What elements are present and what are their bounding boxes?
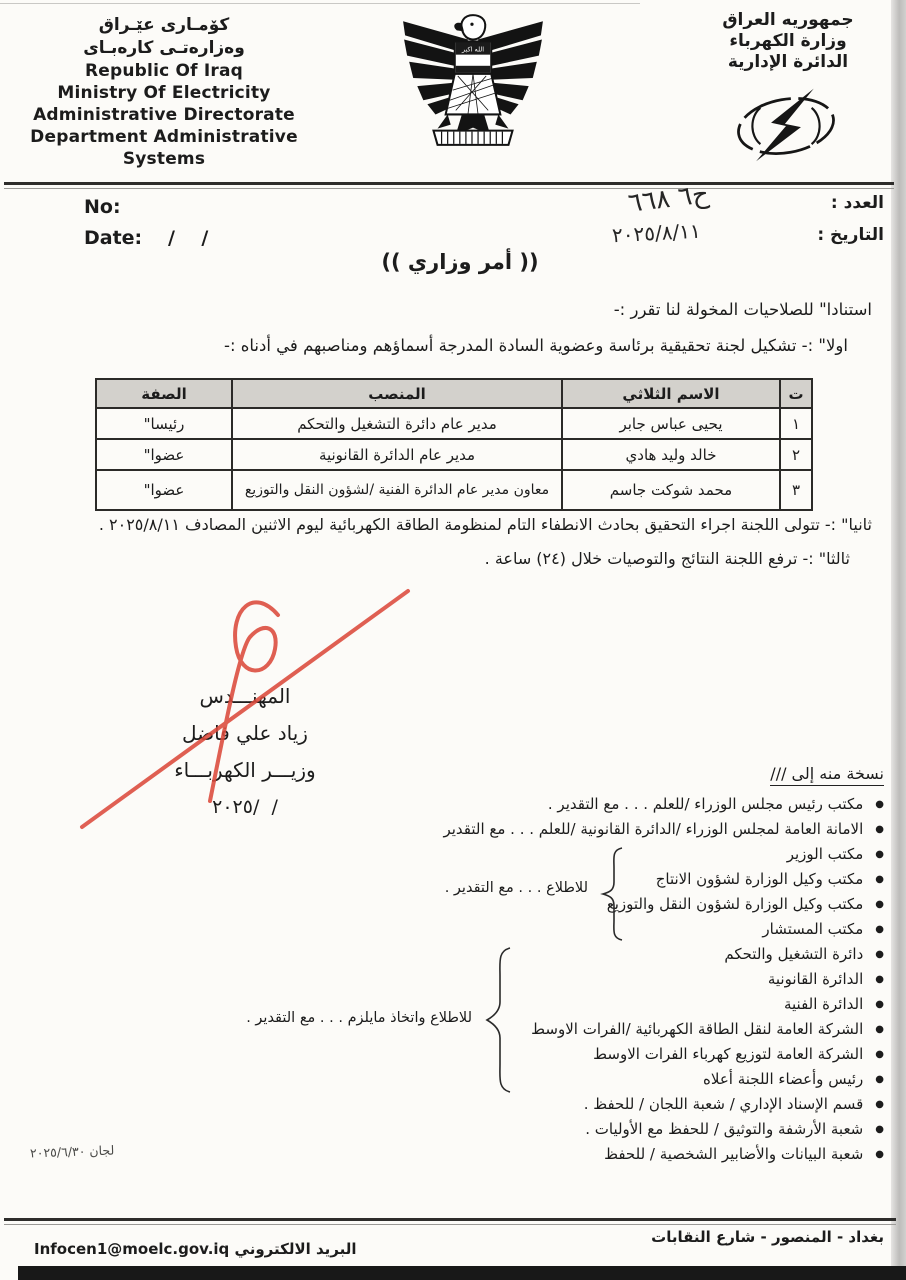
- group1-routing-note: للاطلاع . . . مع التقدير .: [445, 880, 588, 896]
- scan-bottom-edge: [18, 1266, 906, 1280]
- iraq-eagle-emblem-icon: الله اكبر: [397, 8, 549, 154]
- bullet-icon: ●: [875, 1067, 884, 1092]
- arabic-header-line: الدائرة الإدارية: [688, 52, 888, 73]
- distribution-item-text: الامانة العامة لمجلس الوزراء /الدائرة ال…: [443, 820, 863, 838]
- bullet-icon: ●: [875, 1042, 884, 1067]
- footer-divider-line: [4, 1218, 896, 1221]
- third-clause: ثالثا" :- ترفع اللجنة النتائج والتوصيات …: [485, 549, 850, 568]
- cell-name: خالد وليد هادي: [562, 439, 780, 470]
- english-line: Ministry Of Electricity: [26, 82, 302, 104]
- bullet-icon: ●: [875, 842, 884, 867]
- distribution-item-text: الدائرة القانونية: [768, 970, 863, 988]
- cell-name: يحيى عباس جابر: [562, 408, 780, 439]
- first-clause: اولا" :- تشكيل لجنة تحقيقية برئاسة وعضوي…: [224, 336, 848, 355]
- electricity-lightning-logo-icon: [722, 84, 850, 168]
- header-divider-line: [4, 182, 894, 185]
- bottom-left-reference-note: لجان ٢٠٢٥/٦/٣٠: [30, 1143, 115, 1161]
- cell-position: معاون مدير عام الدائرة الفنية /لشؤون الن…: [232, 470, 562, 510]
- no-label: No:: [84, 196, 121, 218]
- bullet-icon: ●: [875, 1142, 884, 1167]
- list-item: ●دائرة التشغيل والتحكم: [304, 942, 884, 967]
- english-line: Republic Of Iraq: [26, 60, 302, 82]
- distribution-heading: نسخة منه إلى ///: [770, 764, 884, 783]
- bullet-icon: ●: [875, 867, 884, 892]
- list-item: ●الامانة العامة لمجلس الوزراء /الدائرة ا…: [304, 817, 884, 842]
- list-item: ●مكتب الوزير: [304, 842, 884, 867]
- distribution-item-text: مكتب وكيل الوزارة لشؤون النقل والتوزيع: [607, 895, 864, 913]
- english-line: Systems: [26, 148, 302, 170]
- cell-no: ١: [780, 408, 812, 439]
- bullet-icon: ●: [875, 1117, 884, 1142]
- distribution-item-text: شعبة الأرشفة والتوثيق / للحفظ مع الأوليا…: [585, 1120, 863, 1138]
- intro-clause: استنادا" للصلاحيات المخولة لنا تقرر :-: [614, 300, 872, 319]
- footer-email-line: البريد الالكتروني Infocen1@moelc.gov.iq: [34, 1240, 357, 1258]
- col-header-role: الصفة: [96, 379, 232, 408]
- second-clause: ثانيا" :- تتولى اللجنة اجراء التحقيق بحا…: [99, 515, 872, 534]
- cell-no: ٢: [780, 439, 812, 470]
- scan-top-edge: [0, 3, 640, 4]
- group2-routing-note: للاطلاع واتخاذ مايلزم . . . مع التقدير .: [246, 1010, 472, 1026]
- distribution-item-text: مكتب المستشار: [762, 920, 863, 938]
- list-item: ●شعبة البيانات والأضابير الشخصية / للحفظ: [304, 1142, 884, 1167]
- col-header-no: ت: [780, 379, 812, 408]
- distribution-item-text: الدائرة الفنية: [784, 995, 863, 1013]
- header-divider-line-thin: [4, 188, 894, 189]
- list-item: ●مكتب وكيل الوزارة لشؤون النقل والتوزيع: [304, 892, 884, 917]
- english-line: Department Administrative: [26, 126, 302, 148]
- cell-position: مدير عام الدائرة القانونية: [232, 439, 562, 470]
- header-left-block: كۆمـاری عێـراق وەزارەتـی کارەبـای Republ…: [26, 14, 302, 170]
- distribution-list: ●مكتب رئيس مجلس الوزراء /للعلم . . . مع …: [304, 792, 884, 1167]
- bullet-icon: ●: [875, 942, 884, 967]
- committee-table: ت الاسم الثلاثي المنصب الصفة ١ يحيى عباس…: [95, 378, 813, 511]
- cell-no: ٣: [780, 470, 812, 510]
- cell-position: مدير عام دائرة التشغيل والتحكم: [232, 408, 562, 439]
- cell-role: عضوا": [96, 439, 232, 470]
- date-label-arabic: التاريخ :: [817, 225, 884, 245]
- handwritten-document-number: ح٦ ٦٦٨: [626, 179, 710, 219]
- list-item: ●الشركة العامة لتوزيع كهرباء الفرات الاو…: [304, 1042, 884, 1067]
- list-item: ●مكتب وكيل الوزارة لشؤون الانتاج: [304, 867, 884, 892]
- bullet-icon: ●: [875, 992, 884, 1017]
- bullet-icon: ●: [875, 792, 884, 817]
- list-item: ●رئيس وأعضاء اللجنة أعلاه: [304, 1067, 884, 1092]
- distribution-item-text: قسم الإسناد الإداري / شعبة اللجان / للحف…: [584, 1095, 864, 1113]
- svg-text:الله اكبر: الله اكبر: [461, 46, 484, 54]
- group-brace-1: [600, 846, 624, 942]
- distribution-item-text: دائرة التشغيل والتحكم: [724, 945, 863, 963]
- kurdish-line: كۆمـاری عێـراق: [26, 14, 302, 37]
- english-line: Administrative Directorate: [26, 104, 302, 126]
- cell-role: عضوا": [96, 470, 232, 510]
- date-slashes: / /: [168, 227, 208, 249]
- bullet-icon: ●: [875, 917, 884, 942]
- scan-right-edge: [891, 0, 906, 1280]
- distribution-item-text: الشركة العامة لنقل الطاقة الكهربائية /ال…: [531, 1020, 863, 1038]
- footer-divider-line-thin: [4, 1224, 896, 1225]
- bullet-icon: ●: [875, 1017, 884, 1042]
- arabic-header-line: جمهوريه العراق: [688, 10, 888, 31]
- distribution-item-text: الشركة العامة لتوزيع كهرباء الفرات الاوس…: [593, 1045, 863, 1063]
- scanned-document-page: كۆمـاری عێـراق وەزارەتـی کارەبـای Republ…: [0, 0, 906, 1280]
- header-right-block: جمهوريه العراق وزارة الكهرباء الدائرة ال…: [688, 10, 888, 73]
- list-item: ●شعبة الأرشفة والتوثيق / للحفظ مع الأولي…: [304, 1117, 884, 1142]
- table-row: ٢ خالد وليد هادي مدير عام الدائرة القانو…: [96, 439, 812, 470]
- table-row: ٣ محمد شوكت جاسم معاون مدير عام الدائرة …: [96, 470, 812, 510]
- bullet-icon: ●: [875, 1092, 884, 1117]
- table-header-row: ت الاسم الثلاثي المنصب الصفة: [96, 379, 812, 408]
- group-brace-2: [484, 946, 512, 1094]
- bullet-icon: ●: [875, 967, 884, 992]
- distribution-item-text: مكتب رئيس مجلس الوزراء /للعلم . . . مع ا…: [548, 795, 863, 813]
- bullet-icon: ●: [875, 892, 884, 917]
- distribution-item-text: رئيس وأعضاء اللجنة أعلاه: [703, 1070, 863, 1088]
- arabic-header-line: وزارة الكهرباء: [688, 31, 888, 52]
- footer-email-label: البريد الالكتروني: [235, 1240, 357, 1258]
- table-row: ١ يحيى عباس جابر مدير عام دائرة التشغيل …: [96, 408, 812, 439]
- cell-name: محمد شوكت جاسم: [562, 470, 780, 510]
- bullet-icon: ●: [875, 817, 884, 842]
- date-label: Date:: [84, 227, 142, 249]
- document-title: (( أمر وزاري )): [300, 250, 620, 274]
- handwritten-date: ٢٠٢٥/٨/١١: [611, 219, 701, 248]
- distribution-item-text: مكتب الوزير: [787, 845, 864, 863]
- col-header-name: الاسم الثلاثي: [562, 379, 780, 408]
- cell-role: رئيسا": [96, 408, 232, 439]
- kurdish-line: وەزارەتـی کارەبـای: [26, 37, 302, 60]
- distribution-item-text: مكتب وكيل الوزارة لشؤون الانتاج: [656, 870, 864, 888]
- col-header-position: المنصب: [232, 379, 562, 408]
- list-item: ●مكتب رئيس مجلس الوزراء /للعلم . . . مع …: [304, 792, 884, 817]
- distribution-item-text: شعبة البيانات والأضابير الشخصية / للحفظ: [604, 1145, 863, 1163]
- footer-address: بغداد - المنصور - شارع النقابات: [651, 1228, 884, 1246]
- list-item: ●قسم الإسناد الإداري / شعبة اللجان / للح…: [304, 1092, 884, 1117]
- footer-email-address: Infocen1@moelc.gov.iq: [34, 1240, 229, 1258]
- list-item: ●الدائرة القانونية: [304, 967, 884, 992]
- number-label-arabic: العدد :: [831, 193, 884, 213]
- list-item: ●مكتب المستشار: [304, 917, 884, 942]
